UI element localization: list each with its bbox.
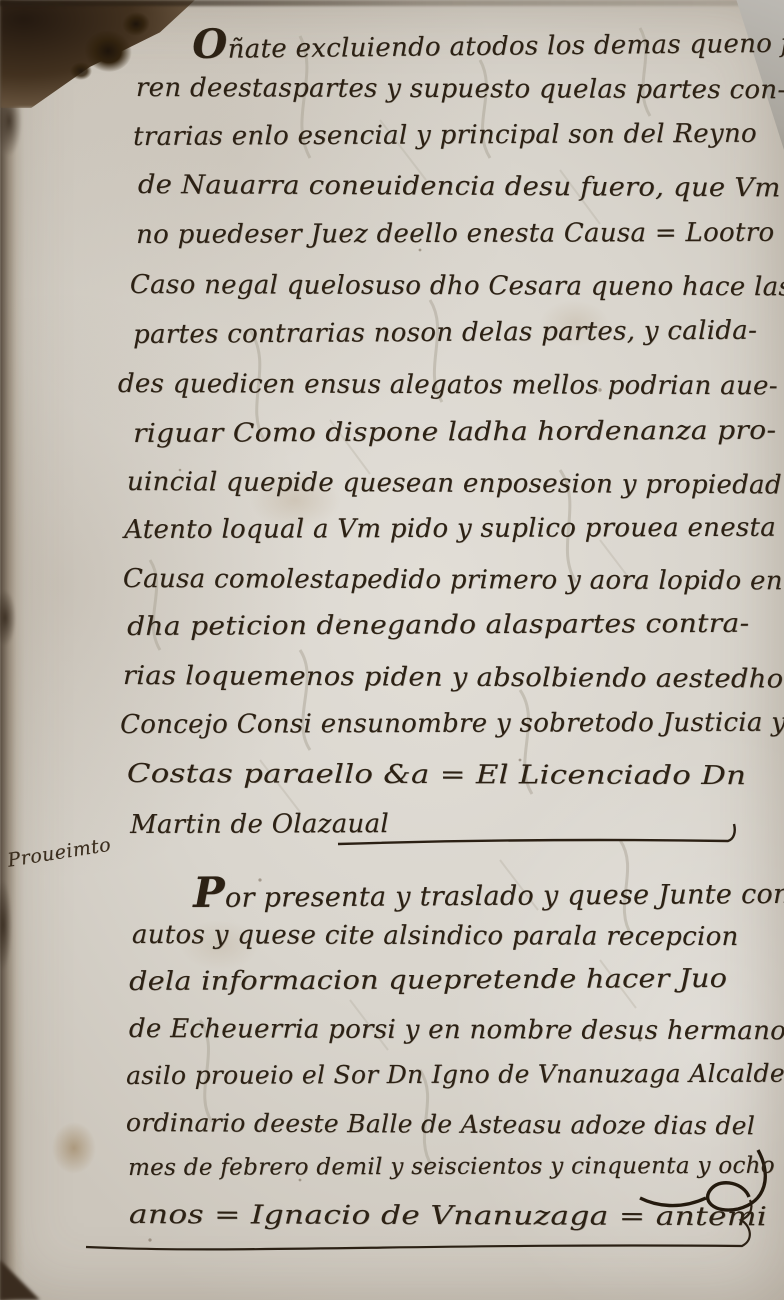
manuscript-line: de Echeuerria porsi y en nombre desus he… bbox=[129, 1016, 784, 1044]
manuscript-line: rias loquemenos piden y absolbiendo aest… bbox=[123, 663, 784, 692]
manuscript-line: Caso negal quelosuso dho Cesara queno ha… bbox=[130, 272, 784, 300]
manuscript-line: des quedicen ensus alegatos mellos podri… bbox=[118, 371, 778, 399]
manuscript-line: Por presenta y traslado y quese Junte co… bbox=[193, 868, 784, 914]
manuscript-line: dha peticion denegando alaspartes contra… bbox=[127, 611, 749, 640]
manuscript-line: autos y quese cite alsindico parala rece… bbox=[132, 922, 739, 950]
manuscript-line: no puedeser Juez deello enesta Causa = L… bbox=[136, 220, 774, 248]
manuscript-line: ordinario deeste Balle de Asteasu adoze … bbox=[126, 1110, 755, 1138]
manuscript-line: riguar Como dispone ladha hordenanza pro… bbox=[133, 418, 776, 447]
manuscript-line: Oñate excluiendo atodos los demas queno … bbox=[192, 17, 784, 64]
manuscript-line: de Nauarra coneuidencia desu fuero, que … bbox=[138, 172, 781, 201]
manuscript-line: mes de febrero demil y seiscientos y cin… bbox=[128, 1155, 775, 1180]
manuscript-line: Causa comolestapedido primero y aora lop… bbox=[123, 566, 783, 594]
manuscript-line: ren deestaspartes y supuesto quelas part… bbox=[136, 75, 784, 103]
manuscript-line: dela informacion quepretende hacer Juo bbox=[129, 966, 727, 995]
manuscript-line: Costas paraello &a = El Licenciado Dn bbox=[127, 761, 746, 789]
manuscript-line: Concejo Consi ensunombre y sobretodo Jus… bbox=[120, 710, 784, 738]
manuscript-line: anos = Ignacio de Vnanuzaga = antemi bbox=[129, 1202, 767, 1230]
manuscript-line: Martin de Olazaual bbox=[130, 811, 389, 838]
manuscript-page: Proueimto Oñate excluiendo atodos los de… bbox=[0, 0, 784, 1300]
manuscript-line: uincial quepide quesean enposesion y pro… bbox=[127, 469, 784, 499]
manuscript-line: trarias enlo esencial y principal son de… bbox=[133, 121, 757, 150]
manuscript-line: Atento loqual a Vm pido y suplico prouea… bbox=[124, 515, 776, 543]
manuscript-line: partes contrarias noson delas partes, y … bbox=[133, 318, 757, 348]
manuscript-line: asilo proueio el Sor Dn Igno de Vnanuzag… bbox=[126, 1061, 784, 1088]
